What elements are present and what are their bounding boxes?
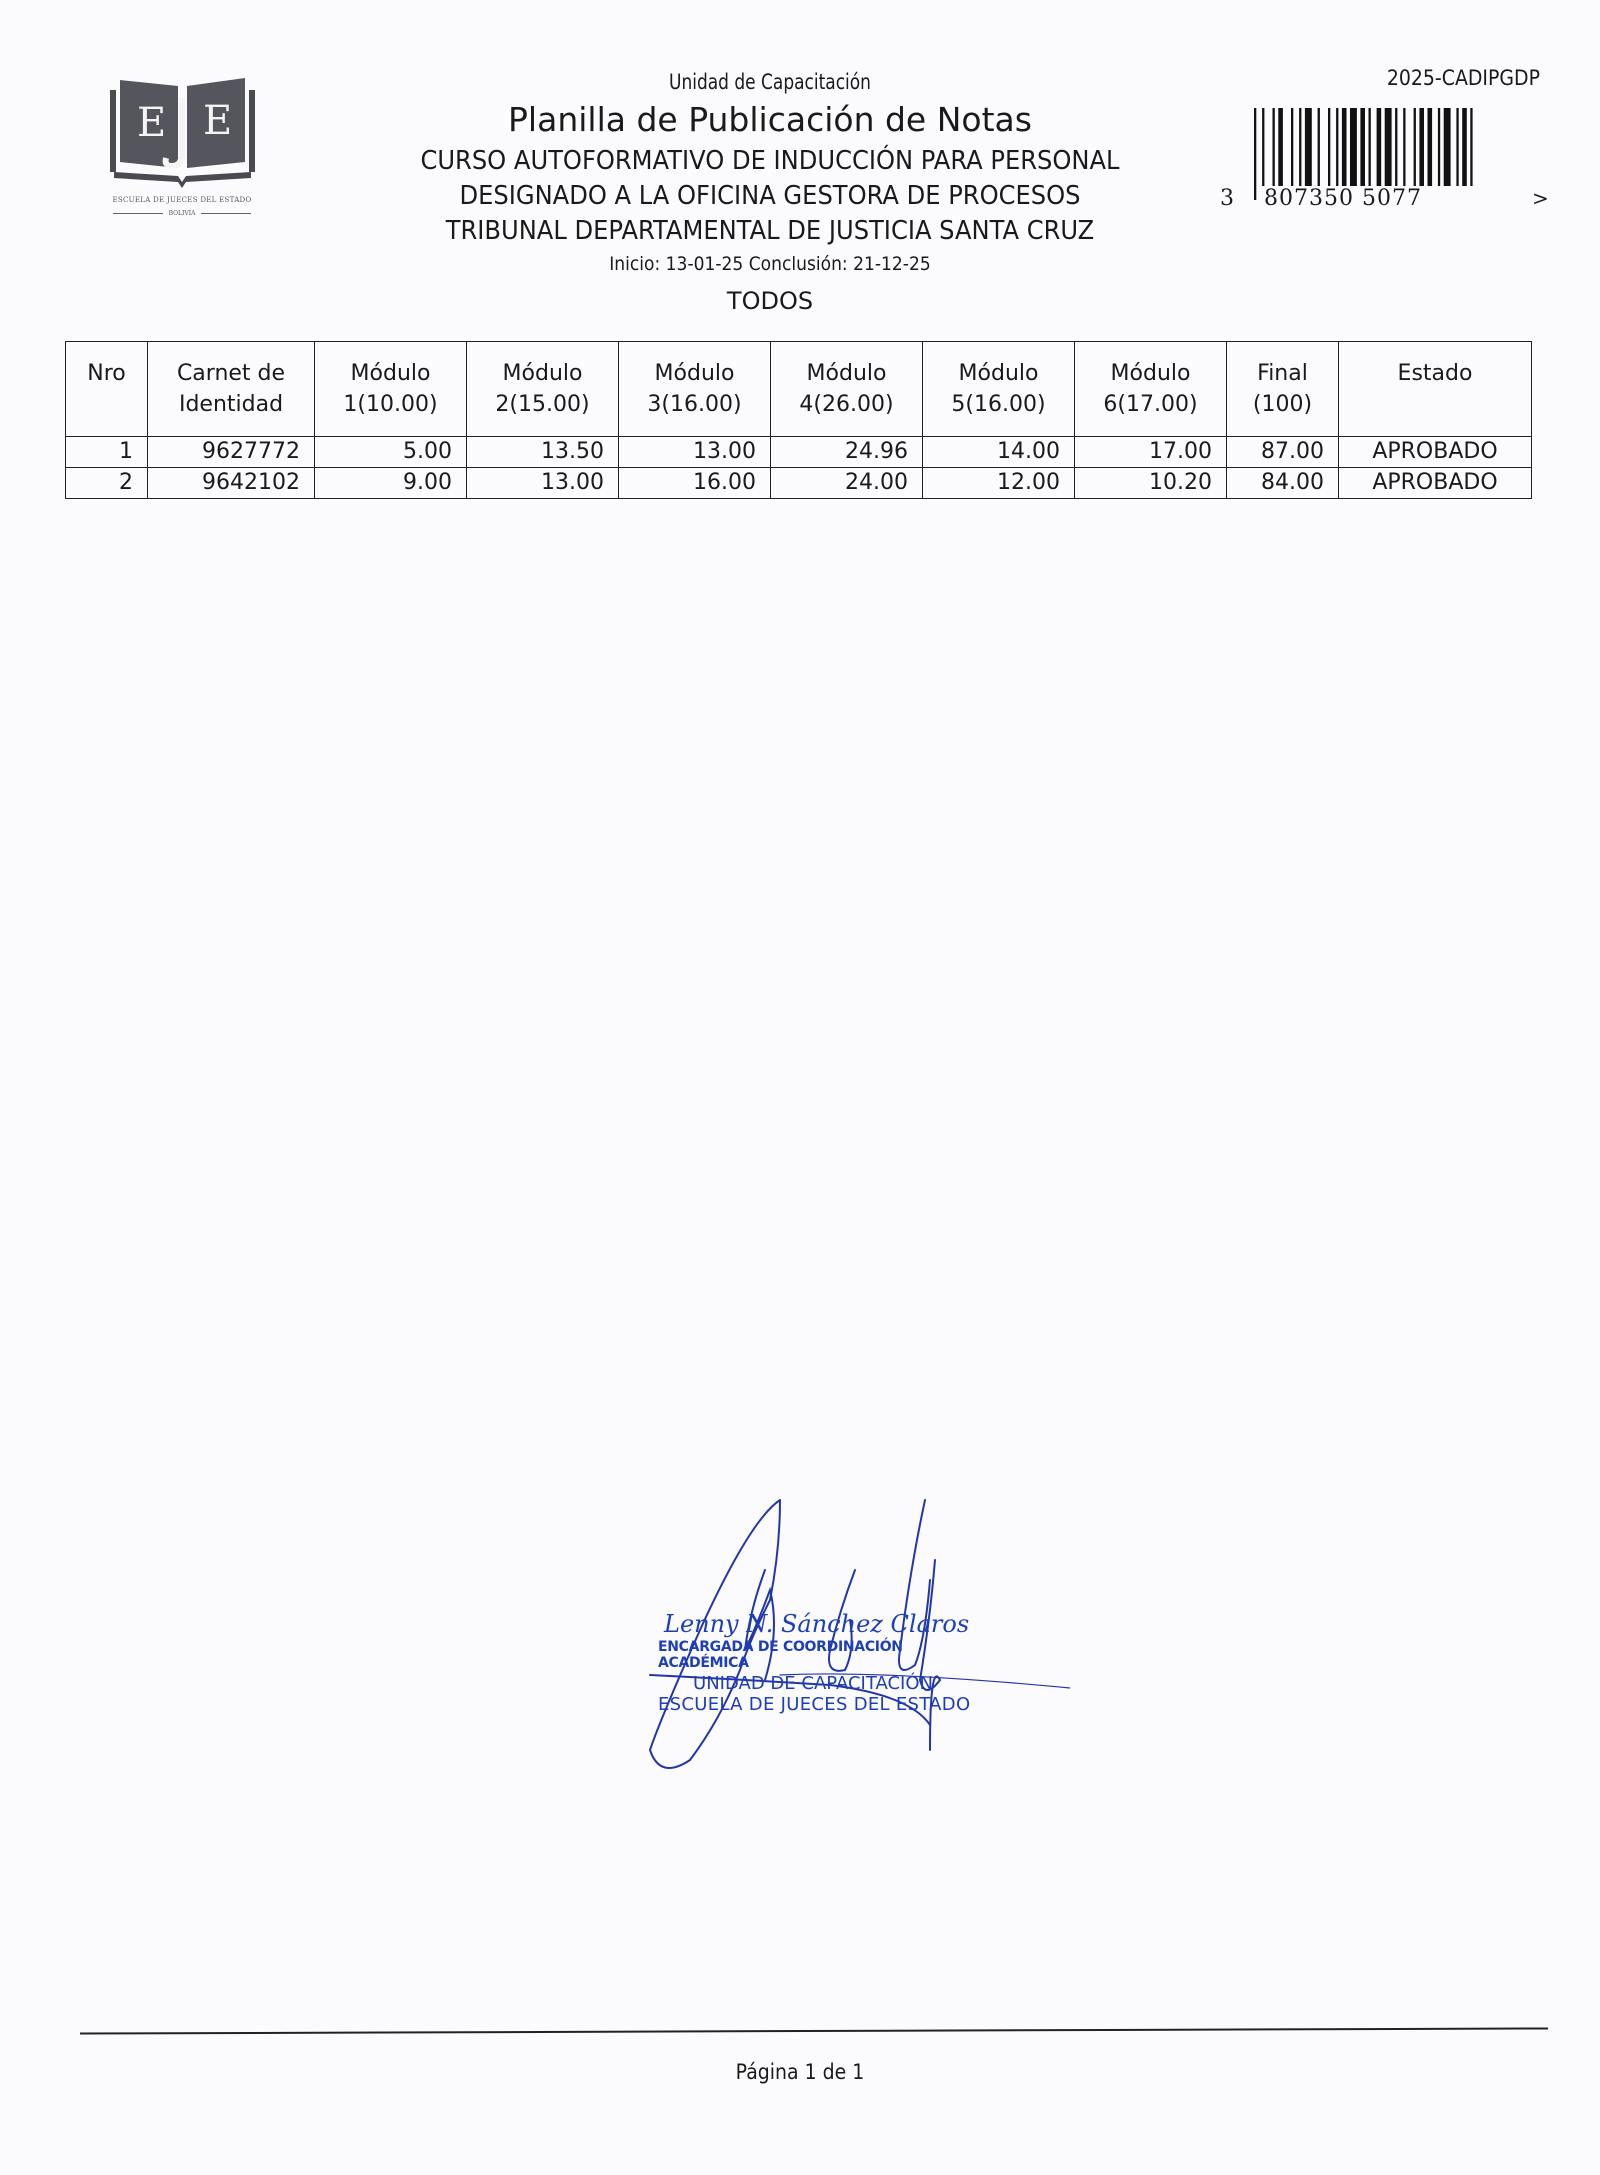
footer-divider — [80, 2027, 1548, 2034]
cell-estado: APROBADO — [1339, 437, 1532, 468]
cell-m1: 5.00 — [315, 437, 467, 468]
page-title: Planilla de Publicación de Notas — [310, 100, 1230, 139]
column-header: Módulo2(15.00) — [467, 342, 619, 437]
table-row: 196277725.0013.5013.0024.9614.0017.0087.… — [66, 437, 1532, 468]
logo-country: BOLIVIA — [82, 210, 282, 217]
filter-label: TODOS — [310, 287, 1230, 315]
column-header: Final(100) — [1227, 342, 1339, 437]
signer-role: ENCARGADA DE COORDINACIÓN ACADÉMICA — [658, 1639, 978, 1671]
table-header-row: NroCarnet deIdentidadMódulo1(10.00)Módul… — [66, 342, 1532, 437]
cell-estado: APROBADO — [1339, 468, 1532, 499]
cell-m5: 14.00 — [923, 437, 1075, 468]
column-header: Nro — [66, 342, 148, 437]
cell-nro: 2 — [66, 468, 148, 499]
column-header: Estado — [1339, 342, 1532, 437]
column-header: Módulo4(26.00) — [771, 342, 923, 437]
logo-caption: ESCUELA DE JUECES DEL ESTADO — [82, 196, 282, 204]
stamp-unit: UNIDAD DE CAPACITACIÓN — [658, 1673, 978, 1694]
cell-m2: 13.50 — [467, 437, 619, 468]
cell-m4: 24.96 — [771, 437, 923, 468]
barcode-trailing-mark: > — [1532, 186, 1549, 210]
unit-name: Unidad de Capacitación — [356, 70, 1184, 94]
cell-m5: 12.00 — [923, 468, 1075, 499]
svg-text:E: E — [137, 100, 166, 146]
cell-m6: 17.00 — [1075, 437, 1227, 468]
course-title-line-3: TRIBUNAL DEPARTAMENTAL DE JUSTICIA SANTA… — [342, 216, 1198, 246]
cell-nro: 1 — [66, 437, 148, 468]
document-code: 2025-CADIPGDP — [1342, 66, 1540, 90]
cell-final: 87.00 — [1227, 437, 1339, 468]
column-header: Módulo5(16.00) — [923, 342, 1075, 437]
table-row: 296421029.0013.0016.0024.0012.0010.2084.… — [66, 468, 1532, 499]
column-header: Módulo3(16.00) — [619, 342, 771, 437]
cell-m3: 13.00 — [619, 437, 771, 468]
cell-m2: 13.00 — [467, 468, 619, 499]
stamp-school: ESCUELA DE JUECES DEL ESTADO — [658, 1694, 978, 1715]
cell-m6: 10.20 — [1075, 468, 1227, 499]
cell-ci: 9642102 — [148, 468, 315, 499]
barcode-lead-digit: 3 — [1220, 186, 1234, 211]
column-header: Carnet deIdentidad — [148, 342, 315, 437]
signer-name: Lenny N. Sánchez Claros — [658, 1610, 978, 1638]
course-dates: Inicio: 13-01-25 Conclusión: 21-12-25 — [356, 253, 1184, 275]
course-title-line-1: CURSO AUTOFORMATIVO DE INDUCCIÓN PARA PE… — [342, 146, 1198, 176]
barcode-digits: 807350 5077 — [1262, 186, 1424, 211]
grades-table: NroCarnet deIdentidadMódulo1(10.00)Módul… — [65, 341, 1532, 499]
open-book-logo-icon: E E — [110, 68, 255, 193]
cell-m3: 16.00 — [619, 468, 771, 499]
cell-ci: 9627772 — [148, 437, 315, 468]
column-header: Módulo1(10.00) — [315, 342, 467, 437]
cell-m1: 9.00 — [315, 468, 467, 499]
column-header: Módulo6(17.00) — [1075, 342, 1227, 437]
cell-final: 84.00 — [1227, 468, 1339, 499]
official-stamp: Lenny N. Sánchez Claros ENCARGADA DE COO… — [658, 1610, 978, 1715]
cell-m4: 24.00 — [771, 468, 923, 499]
institution-logo: E E ESCUELA DE JUECES DEL ESTADO BOLIVIA — [82, 60, 282, 220]
course-title-line-2: DESIGNADO A LA OFICINA GESTORA DE PROCES… — [342, 181, 1198, 211]
svg-text:E: E — [203, 98, 232, 144]
page-number: Página 1 de 1 — [80, 2060, 1520, 2084]
